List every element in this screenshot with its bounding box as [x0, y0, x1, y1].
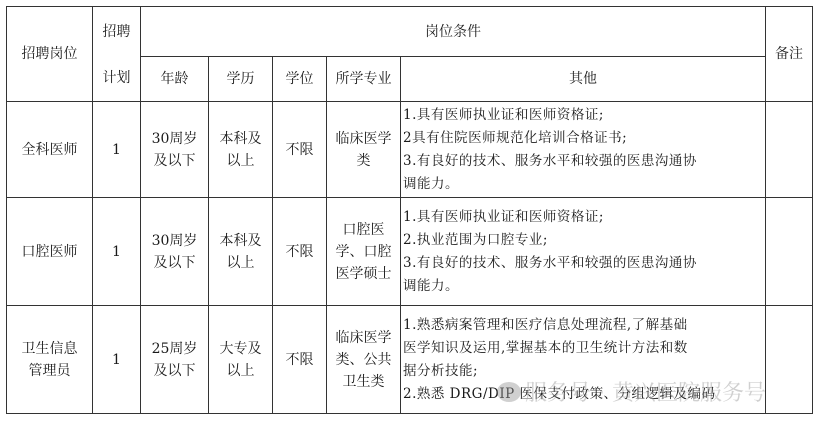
age-line: 30周岁 [141, 230, 208, 252]
header-conditions: 岗位条件 [141, 7, 766, 57]
other-line: 3.有良好的技术、服务水平和较强的医患沟通协 [403, 150, 765, 173]
cell-age: 30周岁及以下 [141, 102, 209, 198]
education-line: 以上 [209, 360, 272, 382]
major-line: 口腔医 [327, 219, 400, 241]
cell-other: 1.具有医师执业证和医师资格证; 2.执业范围为口腔专业; 3.有良好的技术、服… [401, 198, 766, 306]
cell-education: 本科及以上 [209, 198, 273, 306]
cell-major: 口腔医学、口腔医学硕士 [327, 198, 401, 306]
position-line: 全科医师 [7, 139, 92, 161]
age-line: 及以下 [141, 150, 208, 172]
major-line: 学、口腔 [327, 241, 400, 263]
other-line: 调能力。 [403, 173, 765, 196]
cell-other: 1.熟悉病案管理和医疗信息处理流程,了解基础 医学知识及运用,掌握基本的卫生统计… [401, 306, 766, 414]
header-plan-line2: 计划 [93, 55, 140, 100]
age-line: 25周岁 [141, 338, 208, 360]
education-line: 本科及 [209, 230, 272, 252]
cell-age: 25周岁及以下 [141, 306, 209, 414]
education-line: 本科及 [209, 128, 272, 150]
other-line: 3.有良好的技术、服务水平和较强的医患沟通协 [403, 252, 765, 275]
other-line: 据分析技能; [403, 360, 765, 383]
position-line: 口腔医师 [7, 241, 92, 263]
other-line: 2.执业范围为口腔专业; [403, 229, 765, 252]
cell-degree: 不限 [273, 102, 327, 198]
cell-major: 临床医学类 [327, 102, 401, 198]
major-line: 临床医学 [327, 327, 400, 349]
header-education: 学历 [209, 57, 273, 102]
header-position: 招聘岗位 [7, 7, 93, 102]
header-major: 所学专业 [327, 57, 401, 102]
table-row: 全科医师 1 30周岁及以下 本科及以上 不限 临床医学类 1.具有医师执业证和… [7, 102, 813, 198]
education-line: 以上 [209, 252, 272, 274]
major-line: 临床医学 [327, 128, 400, 150]
cell-position: 卫生信息管理员 [7, 306, 93, 414]
cell-plan: 1 [93, 198, 141, 306]
cell-position: 口腔医师 [7, 198, 93, 306]
cell-plan: 1 [93, 102, 141, 198]
age-line: 30周岁 [141, 128, 208, 150]
position-line: 管理员 [7, 360, 92, 382]
education-line: 大专及 [209, 338, 272, 360]
cell-remarks [766, 102, 813, 198]
major-line: 类 [327, 150, 400, 172]
cell-major: 临床医学类、公共卫生类 [327, 306, 401, 414]
header-degree: 学位 [273, 57, 327, 102]
cell-education: 本科及以上 [209, 102, 273, 198]
other-line: 1.具有医师执业证和医师资格证; [403, 104, 765, 127]
major-line: 卫生类 [327, 371, 400, 393]
table-row: 口腔医师 1 30周岁及以下 本科及以上 不限 口腔医学、口腔医学硕士 1.具有… [7, 198, 813, 306]
header-age: 年龄 [141, 57, 209, 102]
education-line: 以上 [209, 150, 272, 172]
cell-position: 全科医师 [7, 102, 93, 198]
other-line: 调能力。 [403, 275, 765, 298]
other-line: 1.熟悉病案管理和医疗信息处理流程,了解基础 [403, 314, 765, 337]
cell-remarks [766, 306, 813, 414]
cell-plan: 1 [93, 306, 141, 414]
other-line: 1.具有医师执业证和医师资格证; [403, 206, 765, 229]
header-other: 其他 [401, 57, 766, 102]
cell-degree: 不限 [273, 306, 327, 414]
cell-other: 1.具有医师执业证和医师资格证; 2具有住院医师规范化培训合格证书; 3.有良好… [401, 102, 766, 198]
other-line: 医学知识及运用,掌握基本的卫生统计方法和数 [403, 337, 765, 360]
cell-age: 30周岁及以下 [141, 198, 209, 306]
age-line: 及以下 [141, 360, 208, 382]
other-line: 2具有住院医师规范化培训合格证书; [403, 127, 765, 150]
other-line: 2.熟悉 DRG/DIP 医保支付政策、分组逻辑及编码 [403, 383, 765, 406]
cell-degree: 不限 [273, 198, 327, 306]
header-plan-line1: 招聘 [93, 8, 140, 55]
cell-education: 大专及以上 [209, 306, 273, 414]
major-line: 医学硕士 [327, 263, 400, 285]
position-line: 卫生信息 [7, 338, 92, 360]
recruitment-table: 招聘岗位 招聘 计划 岗位条件 备注 年龄 学历 学位 所学专业 其他 全科医师… [6, 6, 813, 414]
major-line: 类、公共 [327, 349, 400, 371]
header-remarks: 备注 [766, 7, 813, 102]
table-row: 卫生信息管理员 1 25周岁及以下 大专及以上 不限 临床医学类、公共卫生类 1… [7, 306, 813, 414]
cell-remarks [766, 198, 813, 306]
age-line: 及以下 [141, 252, 208, 274]
header-plan: 招聘 计划 [93, 7, 141, 102]
